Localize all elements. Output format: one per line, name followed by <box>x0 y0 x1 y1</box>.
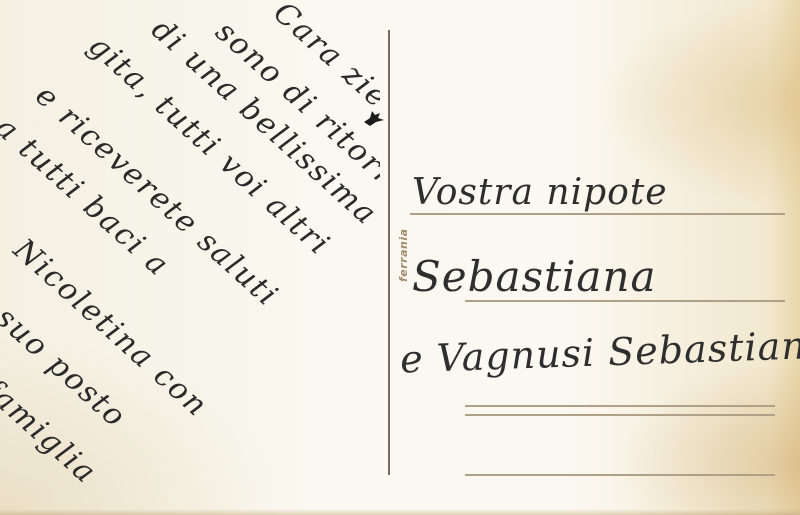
address-rule <box>465 474 775 476</box>
address-line-1: Vostra nipote <box>412 172 668 213</box>
address-rule <box>465 405 775 407</box>
ink-blot-icon <box>362 108 386 128</box>
handwritten-message: Cara zie sono di ritorno di una bellissi… <box>0 0 380 515</box>
address-rule <box>410 213 785 215</box>
brand-label: ferrania <box>397 225 410 285</box>
address-line-3: e Vagnusi Sebastiano <box>399 322 800 381</box>
address-rule <box>465 414 775 416</box>
paper-edge <box>0 509 800 515</box>
center-divider <box>388 30 390 475</box>
postcard-back: Cara zie sono di ritorno di una bellissi… <box>0 0 800 515</box>
address-line-2: Sebastiana <box>412 252 657 301</box>
